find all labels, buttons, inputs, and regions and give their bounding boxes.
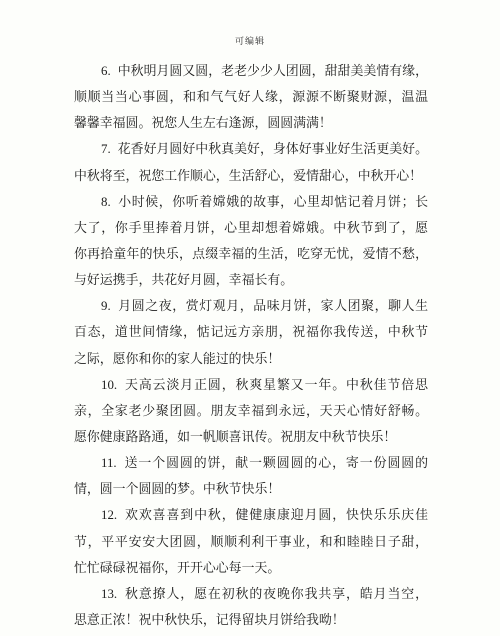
line-text: 节，平平安安大团圆，顺顺利利干事业，和和睦睦日子甜， (74, 535, 428, 549)
line-text: 天高云淡月正圆，秋爽星繁又一年。中秋佳节倍思 (124, 378, 428, 392)
paragraph-line: 11.送一个圆圆的饼，献一颗圆圆的心，寄一份圆圆的 (74, 450, 428, 476)
list-item-number: 8. (101, 195, 118, 209)
paragraph-line: 节，平平安安大团圆，顺顺利利干事业，和和睦睦日子甜， (74, 529, 428, 555)
list-item-number: 6. (101, 64, 118, 78)
list-item-number: 11. (101, 456, 124, 470)
paragraph-line: 亲，全家老少聚团圆。朋友幸福到永远，天天心情好舒畅。 (74, 398, 428, 424)
line-text: 小时候，你听着嫦娥的故事，心里却惦记着月饼；长 (118, 195, 428, 209)
paragraph-line: 忙忙碌碌祝福你，开开心心每一天。 (74, 555, 428, 581)
line-text: 与好运携手，共花好月圆，幸福长有。 (74, 273, 293, 287)
paragraph-line: 馨馨幸福圆。祝您人生左右逢源，圆圆满满！ (74, 110, 428, 136)
line-text: 情，圆一个圆圆的梦。中秋节快乐！ (74, 482, 280, 496)
line-text: 百态，道世间情缘，惦记远方亲朋，祝福你我传送，中秋节 (74, 325, 428, 339)
paragraph-line: 10.天高云淡月正圆，秋爽星繁又一年。中秋佳节倍思 (74, 372, 428, 398)
line-text: 馨馨幸福圆。祝您人生左右逢源，圆圆满满！ (74, 116, 332, 130)
list-item-number: 12. (101, 508, 124, 522)
paragraph-line: 百态，道世间情缘，惦记远方亲朋，祝福你我传送，中秋节 (74, 319, 428, 345)
editable-watermark-label: 可编辑 (0, 34, 500, 47)
paragraph-line: 12.欢欢喜喜到中秋，健健康康迎月圆，快快乐乐庆佳 (74, 502, 428, 528)
paragraph-line: 思意正浓！祝中秋快乐，记得留块月饼给我呦！ (74, 607, 428, 633)
list-item-number: 7. (101, 142, 118, 156)
paragraph-line: 之际，愿你和你的家人能过的快乐！ (74, 346, 428, 372)
line-text: 中秋将至，祝您工作顺心，生活舒心，爱情甜心，中秋开心！ (74, 169, 422, 183)
list-item-number: 13. (101, 587, 124, 601)
line-text: 送一个圆圆的饼，献一颗圆圆的心，寄一份圆圆的 (124, 456, 428, 470)
list-item-number: 10. (101, 378, 124, 392)
paragraph-line: 愿你健康路路通，如一帆顺喜讯传。祝朋友中秋节快乐！ (74, 424, 428, 450)
line-text: 中秋明月圆又圆，老老少少人团圆，甜甜美美情有缘， (118, 64, 428, 78)
paragraph-line: 与好运携手，共花好月圆，幸福长有。 (74, 267, 428, 293)
line-text: 欢欢喜喜到中秋，健健康康迎月圆，快快乐乐庆佳 (124, 508, 428, 522)
paragraph-line: 7.花香好月圆好中秋真美好，身体好事业好生活更美好。 (74, 136, 428, 162)
paragraph-line: 情，圆一个圆圆的梦。中秋节快乐！ (74, 476, 428, 502)
line-text: 亲，全家老少聚团圆。朋友幸福到永远，天天心情好舒畅。 (74, 404, 428, 418)
line-text: 愿你健康路路通，如一帆顺喜讯传。祝朋友中秋节快乐！ (74, 430, 396, 444)
document-page: 可编辑 6.中秋明月圆又圆，老老少少人团圆，甜甜美美情有缘，顺顺当当心事圆，和和… (0, 0, 500, 636)
line-text: 花香好月圆好中秋真美好，身体好事业好生活更美好。 (118, 142, 428, 156)
paragraph-line: 中秋将至，祝您工作顺心，生活舒心，爱情甜心，中秋开心！ (74, 163, 428, 189)
list-item-number: 9. (101, 299, 118, 313)
paragraph-line: 顺顺当当心事圆，和和气气好人缘，源源不断聚财源，温温 (74, 84, 428, 110)
line-text: 你再拾童年的快乐，点缀幸福的生活，吃穿无忧，爱情不愁， (74, 247, 428, 261)
line-text: 顺顺当当心事圆，和和气气好人缘，源源不断聚财源，温温 (74, 90, 428, 104)
line-text: 之际，愿你和你的家人能过的快乐！ (74, 352, 280, 366)
line-text: 秋意撩人，愿在初秋的夜晚你我共享，皓月当空， (124, 587, 428, 601)
line-text: 月圆之夜，赏灯观月，品味月饼，家人团聚，聊人生 (118, 299, 428, 313)
paragraph-line: 你再拾童年的快乐，点缀幸福的生活，吃穿无忧，爱情不愁， (74, 241, 428, 267)
text-block: 6.中秋明月圆又圆，老老少少人团圆，甜甜美美情有缘，顺顺当当心事圆，和和气气好人… (74, 58, 428, 633)
line-text: 大了，你手里捧着月饼，心里却想着嫦娥。中秋节到了，愿 (74, 221, 428, 235)
paragraph-line: 9.月圆之夜，赏灯观月，品味月饼，家人团聚，聊人生 (74, 293, 428, 319)
line-text: 忙忙碌碌祝福你，开开心心每一天。 (74, 561, 280, 575)
paragraph-line: 8.小时候，你听着嫦娥的故事，心里却惦记着月饼；长 (74, 189, 428, 215)
paragraph-line: 6.中秋明月圆又圆，老老少少人团圆，甜甜美美情有缘， (74, 58, 428, 84)
paragraph-line: 大了，你手里捧着月饼，心里却想着嫦娥。中秋节到了，愿 (74, 215, 428, 241)
paragraph-line: 13.秋意撩人，愿在初秋的夜晚你我共享，皓月当空， (74, 581, 428, 607)
line-text: 思意正浓！祝中秋快乐，记得留块月饼给我呦！ (74, 613, 345, 627)
